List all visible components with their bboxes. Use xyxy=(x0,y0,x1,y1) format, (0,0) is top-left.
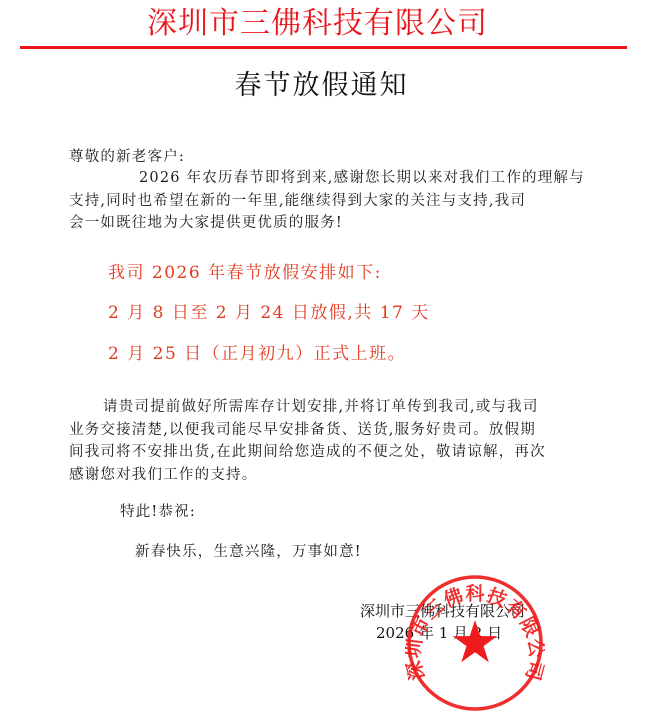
intro-line-2: 支持,同时也希望在新的一年里,能继续得到大家的关注与支持,我司 xyxy=(69,190,609,213)
notice-line-1: 请贵司提前做好所需库存计划安排,并将订单传到我司,或与我司 xyxy=(69,396,604,419)
letterhead-divider xyxy=(20,46,627,49)
document-title: 春节放假通知 xyxy=(0,68,663,104)
document-title-text: 春节放假通知 xyxy=(235,70,409,101)
closing-line: 特此!恭祝: xyxy=(120,501,196,524)
notice-line-3: 间我司将不安排出货,在此期间给您造成的不便之处，敬请谅解，再次 xyxy=(69,441,604,464)
intro-line-1: 2026 年农历春节即将到来,感谢您长期以来对我们工作的理解与 xyxy=(69,167,609,190)
seal-star-icon: ★ xyxy=(449,608,501,676)
salutation: 尊敬的新老客户: xyxy=(69,146,185,169)
intro-line-3: 会一如既往地为大家提供更优质的服务! xyxy=(69,212,609,235)
schedule-heading: 我司 2026 年春节放假安排如下: xyxy=(108,261,382,285)
schedule-holiday-dates: 2 月 8 日至 2 月 24 日放假,共 17 天 xyxy=(108,301,430,325)
company-seal-stamp: 深圳市三佛科技有限公司 ★ xyxy=(405,570,545,715)
notice-line-4: 感谢您对我们工作的支持。 xyxy=(69,464,604,487)
company-name: 深圳市三佛科技有限公司 xyxy=(147,6,488,41)
intro-line-1-text: 2026 年农历春节即将到来,感谢您长期以来对我们工作的理解与 xyxy=(139,170,585,186)
wishes-line: 新春快乐，生意兴隆，万事如意! xyxy=(135,541,362,564)
company-letterhead: 深圳市三佛科技有限公司 xyxy=(0,4,663,44)
schedule-resume-date: 2 月 25 日（正月初九）正式上班。 xyxy=(108,342,406,366)
notice-line-2: 业务交接清楚,以便我司能尽早安排备货、送货,服务好贵司。放假期 xyxy=(69,419,604,442)
notice-line-1-text: 请贵司提前做好所需库存计划安排,并将订单传到我司,或与我司 xyxy=(103,399,539,415)
notice-paragraph: 请贵司提前做好所需库存计划安排,并将订单传到我司,或与我司 业务交接清楚,以便我… xyxy=(69,396,604,486)
intro-paragraph: 2026 年农历春节即将到来,感谢您长期以来对我们工作的理解与 支持,同时也希望… xyxy=(69,167,609,235)
